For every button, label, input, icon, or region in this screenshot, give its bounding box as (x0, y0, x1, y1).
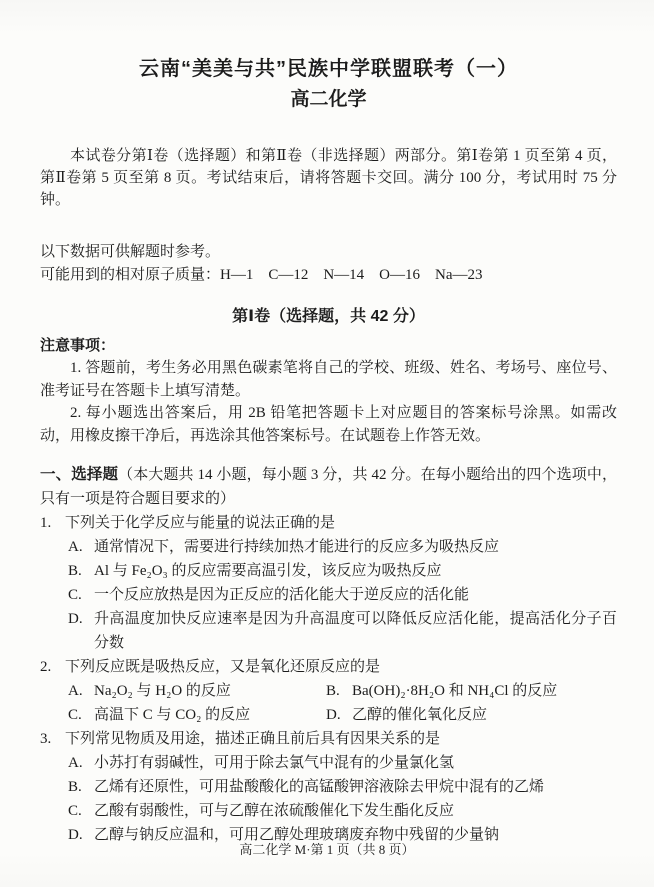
section-1-heading: 第Ⅰ卷（选择题，共 42 分） (40, 305, 617, 329)
option-text: 乙酸有弱酸性，可与乙醇在浓硫酸催化下发生酯化反应 (94, 799, 617, 823)
page-footer: 高二化学 M·第 1 页（共 8 页） (0, 839, 654, 858)
option-b: B. Al 与 Fe₂O₃ 的反应需要高温引发，该反应为吸热反应 (68, 559, 617, 583)
question-stem: 下列常见物质及用途，描述正确且前后具有因果关系的是 (65, 727, 617, 751)
atomic-mass-line: 可能用到的相对原子质量：H—1 C—12 N—14 O—16 Na—23 (40, 264, 617, 287)
question-stem: 下列关于化学反应与能量的说法正确的是 (65, 511, 617, 535)
option-label: B. (68, 775, 94, 799)
notice-item-1: 1. 答题前，考生务必用黑色碳素笔将自己的学校、班级、姓名、考场号、座位号、准考… (40, 357, 617, 402)
option-text: Na₂O₂ 与 H₂O 的反应 (94, 679, 326, 703)
question-number: 2. (40, 655, 65, 679)
page-title: 云南“美美与共”民族中学联盟联考（一） (40, 56, 617, 82)
option-text: 小苏打有弱碱性，可用于除去氯气中混有的少量氯化氢 (94, 751, 617, 775)
option-label: C. (68, 583, 94, 607)
option-label: D. (326, 703, 352, 727)
option-d: D. 升高温度加快反应速率是因为升高温度可以降低反应活化能，提高活化分子百分数 (68, 607, 617, 655)
exam-paper-page: { "header": { "title": "云南“美美与共”民族中学联盟联考… (0, 0, 654, 887)
part-1-heading: 一、选择题（本大题共 14 小题，每小题 3 分，共 42 分。在每小题给出的四… (40, 463, 617, 511)
option-c: C. 乙酸有弱酸性，可与乙醇在浓硫酸催化下发生酯化反应 (68, 799, 617, 823)
question-2: 2. 下列反应既是吸热反应，又是氧化还原反应的是 A. Na₂O₂ 与 H₂O … (40, 655, 617, 727)
option-text: 通常情况下，需要进行持续加热才能进行的反应多为吸热反应 (94, 535, 617, 559)
option-row: C. 高温下 C 与 CO₂ 的反应 D. 乙醇的催化氧化反应 (68, 703, 617, 727)
option-label: A. (68, 679, 94, 703)
option-text: 乙醇的催化氧化反应 (352, 703, 617, 727)
option-text: 升高温度加快反应速率是因为升高温度可以降低反应活化能，提高活化分子百分数 (94, 607, 617, 655)
reference-data-block: 以下数据可供解题时参考。 可能用到的相对原子质量：H—1 C—12 N—14 O… (40, 241, 617, 287)
option-label: A. (68, 751, 94, 775)
option-text: 乙烯有还原性，可用盐酸酸化的高锰酸钾溶液除去甲烷中混有的乙烯 (94, 775, 617, 799)
question-3: 3. 下列常见物质及用途，描述正确且前后具有因果关系的是 A. 小苏打有弱碱性，… (40, 727, 617, 847)
option-b: B. 乙烯有还原性，可用盐酸酸化的高锰酸钾溶液除去甲烷中混有的乙烯 (68, 775, 617, 799)
page-subtitle: 高二化学 (40, 87, 617, 113)
reference-note: 以下数据可供解题时参考。 (40, 241, 617, 264)
question-stem: 下列反应既是吸热反应，又是氧化还原反应的是 (65, 655, 617, 679)
option-a: A. 小苏打有弱碱性，可用于除去氯气中混有的少量氯化氢 (68, 751, 617, 775)
question-3-stem-line: 3. 下列常见物质及用途，描述正确且前后具有因果关系的是 (40, 727, 617, 751)
option-text: 高温下 C 与 CO₂ 的反应 (94, 703, 326, 727)
option-label: B. (326, 679, 352, 703)
option-row: A. Na₂O₂ 与 H₂O 的反应 B. Ba(OH)₂·8H₂O 和 NH₄… (68, 679, 617, 703)
option-d: D. 乙醇的催化氧化反应 (326, 703, 617, 727)
option-a: A. Na₂O₂ 与 H₂O 的反应 (68, 679, 326, 703)
question-3-options: A. 小苏打有弱碱性，可用于除去氯气中混有的少量氯化氢 B. 乙烯有还原性，可用… (40, 751, 617, 847)
notice-item-2: 2. 每小题选出答案后，用 2B 铅笔把答题卡上对应题目的答案标号涂黑。如需改动… (40, 402, 617, 447)
option-text: Ba(OH)₂·8H₂O 和 NH₄Cl 的反应 (352, 679, 617, 703)
option-label: C. (68, 703, 94, 727)
part-1-description: （本大题共 14 小题，每小题 3 分，共 42 分。在每小题给出的四个选项中，… (40, 467, 617, 507)
question-1-options: A. 通常情况下，需要进行持续加热才能进行的反应多为吸热反应 B. Al 与 F… (40, 535, 617, 655)
option-label: C. (68, 799, 94, 823)
option-c: C. 一个反应放热是因为正反应的活化能大于逆反应的活化能 (68, 583, 617, 607)
option-label: A. (68, 535, 94, 559)
notice-heading: 注意事项： (40, 335, 617, 357)
part-1-label: 一、选择题 (40, 466, 118, 483)
question-number: 1. (40, 511, 65, 535)
option-text: Al 与 Fe₂O₃ 的反应需要高温引发，该反应为吸热反应 (94, 559, 617, 583)
option-text: 一个反应放热是因为正反应的活化能大于逆反应的活化能 (94, 583, 617, 607)
question-1: 1. 下列关于化学反应与能量的说法正确的是 A. 通常情况下，需要进行持续加热才… (40, 511, 617, 655)
option-b: B. Ba(OH)₂·8H₂O 和 NH₄Cl 的反应 (326, 679, 617, 703)
question-2-stem-line: 2. 下列反应既是吸热反应，又是氧化还原反应的是 (40, 655, 617, 679)
option-c: C. 高温下 C 与 CO₂ 的反应 (68, 703, 326, 727)
page-content: 云南“美美与共”民族中学联盟联考（一） 高二化学 本试卷分第Ⅰ卷（选择题）和第Ⅱ… (0, 0, 654, 847)
option-label: D. (68, 607, 94, 655)
exam-intro-paragraph: 本试卷分第Ⅰ卷（选择题）和第Ⅱ卷（非选择题）两部分。第Ⅰ卷第 1 页至第 4 页… (40, 145, 617, 211)
question-number: 3. (40, 727, 65, 751)
option-label: B. (68, 559, 94, 583)
option-a: A. 通常情况下，需要进行持续加热才能进行的反应多为吸热反应 (68, 535, 617, 559)
question-1-stem-line: 1. 下列关于化学反应与能量的说法正确的是 (40, 511, 617, 535)
question-2-options: A. Na₂O₂ 与 H₂O 的反应 B. Ba(OH)₂·8H₂O 和 NH₄… (40, 679, 617, 727)
